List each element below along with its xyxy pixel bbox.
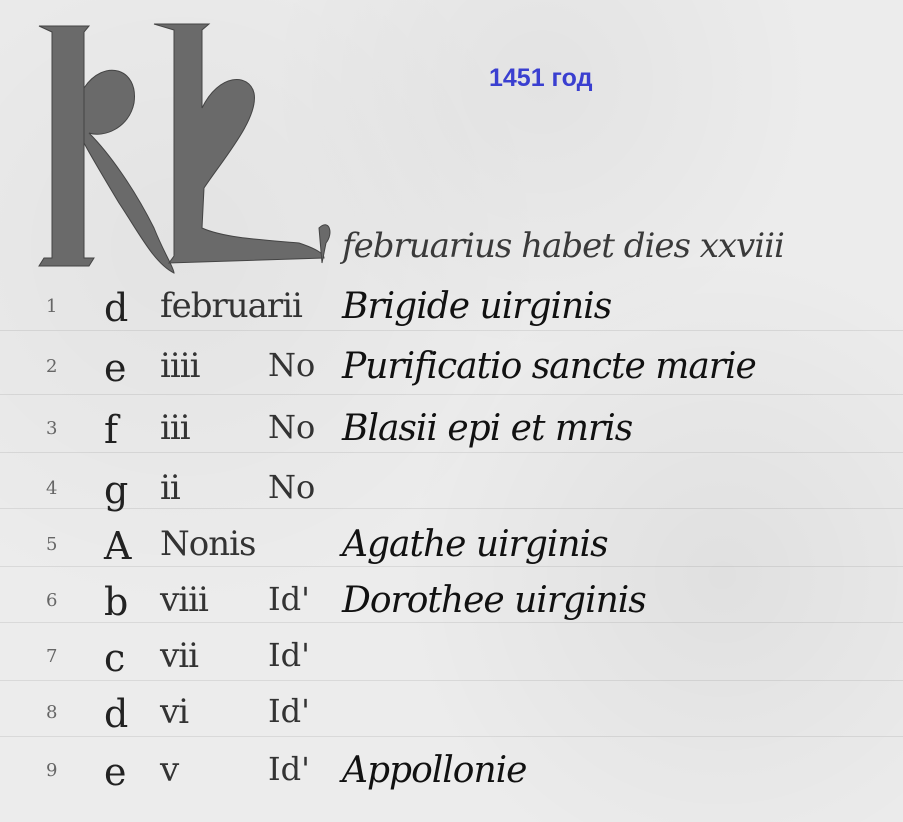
date-marker: No xyxy=(268,468,315,506)
dominical-letter: e xyxy=(104,750,127,794)
ruling-line xyxy=(0,622,903,623)
ruling-line xyxy=(0,452,903,453)
manuscript-page: 1451 год februarius habet dies xxviii 1 … xyxy=(0,0,903,822)
dominical-letter: d xyxy=(104,286,128,330)
feast-name: Agathe uirginis xyxy=(342,524,608,565)
day-number: 1 xyxy=(46,296,57,317)
day-number: 8 xyxy=(46,702,57,723)
dominical-letter: g xyxy=(104,468,128,512)
day-number: 9 xyxy=(46,760,57,781)
roman-count: ii xyxy=(160,468,180,508)
roman-count: v xyxy=(160,750,178,790)
day-number: 3 xyxy=(46,418,57,439)
dominical-letter: f xyxy=(104,408,118,452)
date-marker: Id' xyxy=(268,692,310,730)
kl-initial-icon xyxy=(34,18,334,278)
roman-count: viii xyxy=(160,580,208,620)
day-number: 5 xyxy=(46,534,57,555)
date-marker: No xyxy=(268,408,315,446)
dominical-letter: d xyxy=(104,692,128,736)
roman-count: vi xyxy=(160,692,188,732)
year-label: 1451 год xyxy=(489,64,592,93)
roman-count: iii xyxy=(160,408,190,448)
dominical-letter: c xyxy=(104,636,125,680)
ruling-line xyxy=(0,566,903,567)
date-marker: Id' xyxy=(268,580,310,618)
day-number: 7 xyxy=(46,646,57,667)
ruling-line xyxy=(0,394,903,395)
roman-count: februarii xyxy=(160,286,302,326)
feast-name: Purificatio sancte marie xyxy=(342,346,756,387)
dominical-letter: A xyxy=(104,524,131,568)
day-number: 2 xyxy=(46,356,57,377)
dominical-letter: b xyxy=(104,580,128,624)
ruling-line xyxy=(0,680,903,681)
ruling-line xyxy=(0,508,903,509)
roman-count: iiii xyxy=(160,346,200,386)
day-number: 4 xyxy=(46,478,57,499)
feast-name: Blasii epi et mris xyxy=(342,408,632,449)
roman-count: Nonis xyxy=(160,524,255,564)
dominical-letter: e xyxy=(104,346,127,390)
feast-name: Dorothee uirginis xyxy=(342,580,646,621)
day-number: 6 xyxy=(46,590,57,611)
ruling-line xyxy=(0,330,903,331)
ruling-line xyxy=(0,736,903,737)
feast-name: Appollonie xyxy=(342,750,526,791)
date-marker: Id' xyxy=(268,636,310,674)
date-marker: No xyxy=(268,346,315,384)
month-header: februarius habet dies xxviii xyxy=(342,226,784,266)
feast-name: Brigide uirginis xyxy=(342,286,611,327)
roman-count: vii xyxy=(160,636,198,676)
date-marker: Id' xyxy=(268,750,310,788)
